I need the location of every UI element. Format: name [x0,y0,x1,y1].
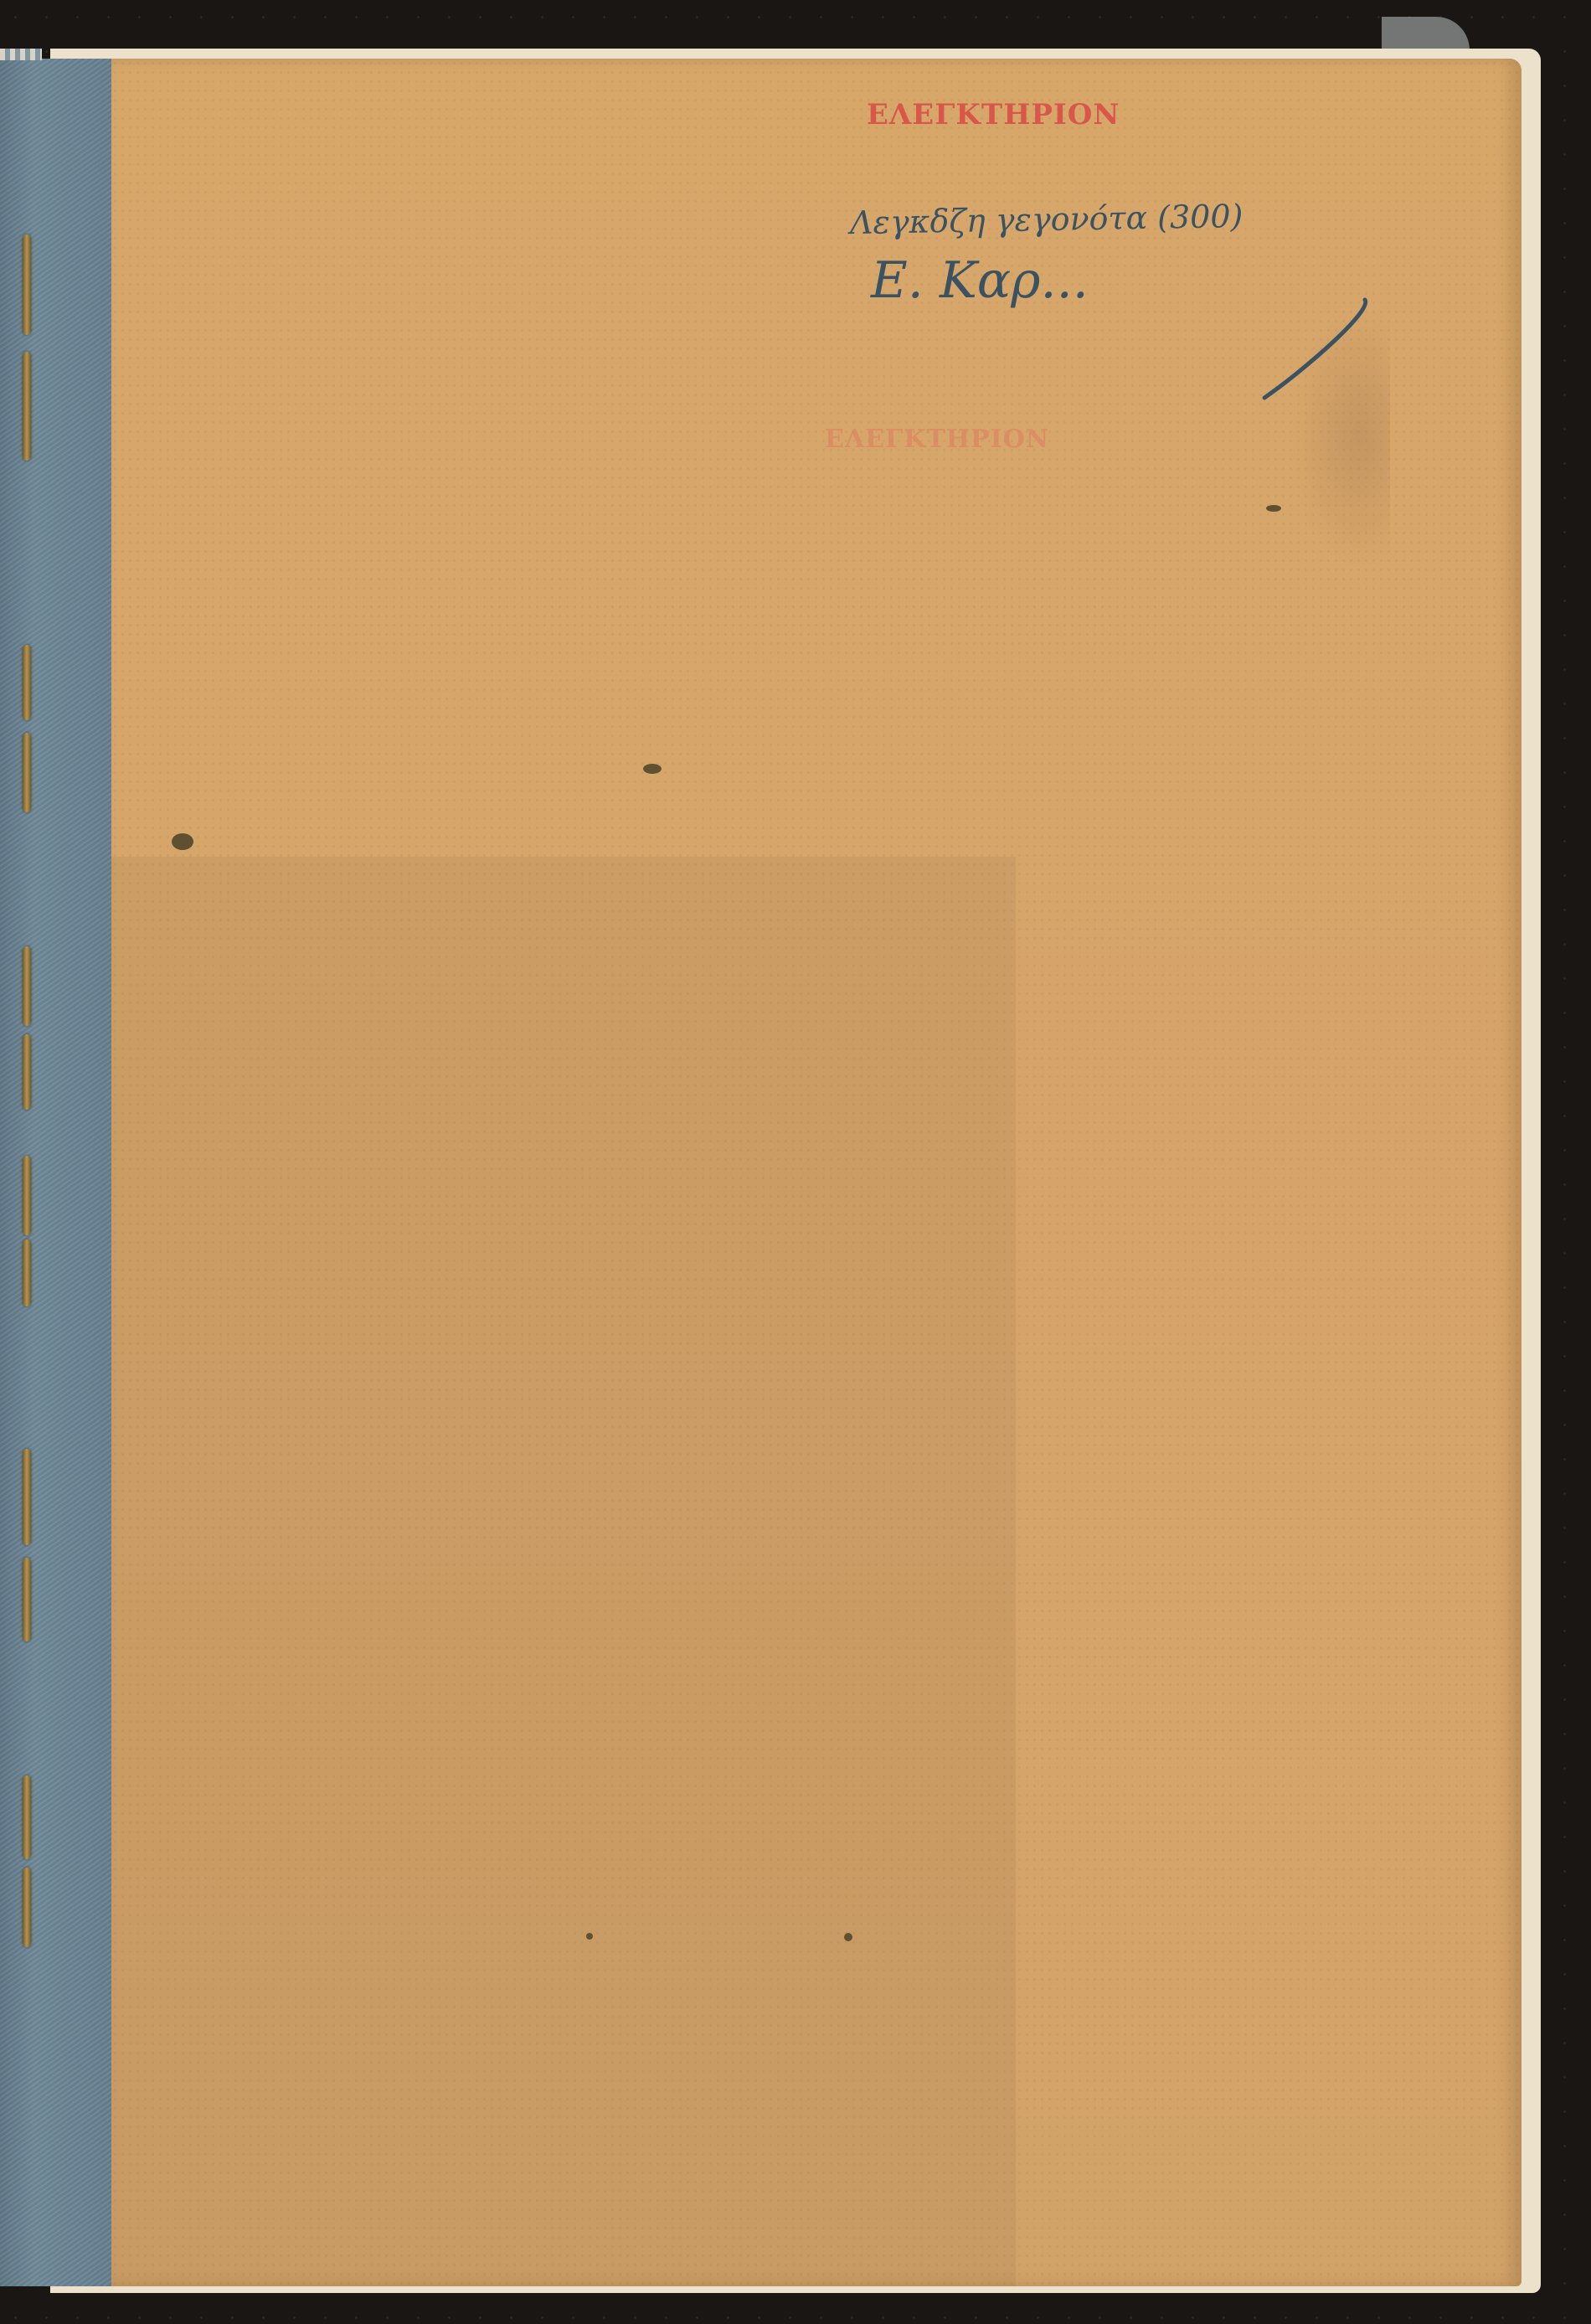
binding-stitch [23,1034,31,1110]
ink-spot [586,1933,593,1940]
inner-sheet-shadow [111,857,1016,2286]
binding-stitch [23,1558,31,1641]
spine-frayed-edge [0,49,42,60]
binding-stitch [23,352,31,461]
binding-stitch [23,234,31,335]
cloth-spine [0,59,112,2286]
binding-stitch [23,1775,31,1859]
binding-stitch [23,1868,31,1947]
signature-flourish [1239,293,1382,402]
ink-spot [844,1933,852,1941]
ink-spot [643,764,662,774]
handwritten-note: Λεγκδζη γεγονότα (300) [850,198,1243,241]
ink-spot [1266,505,1281,512]
red-stamp: ΕΛΕΓΚΤΗΡΙΟΝ [867,98,1120,131]
faded-red-stamp: ΕΛΕΓΚΤΗΡΙΟΝ [825,425,1049,454]
binding-stitch [23,1449,31,1545]
handwritten-signature: Ε. Καρ... [871,251,1089,310]
binding-stitch [23,1156,31,1235]
binding-stitch [23,1239,31,1306]
binding-stitch [23,733,31,812]
ink-spot [172,833,193,850]
binding-stitch [23,645,31,720]
binding-stitch [23,946,31,1026]
